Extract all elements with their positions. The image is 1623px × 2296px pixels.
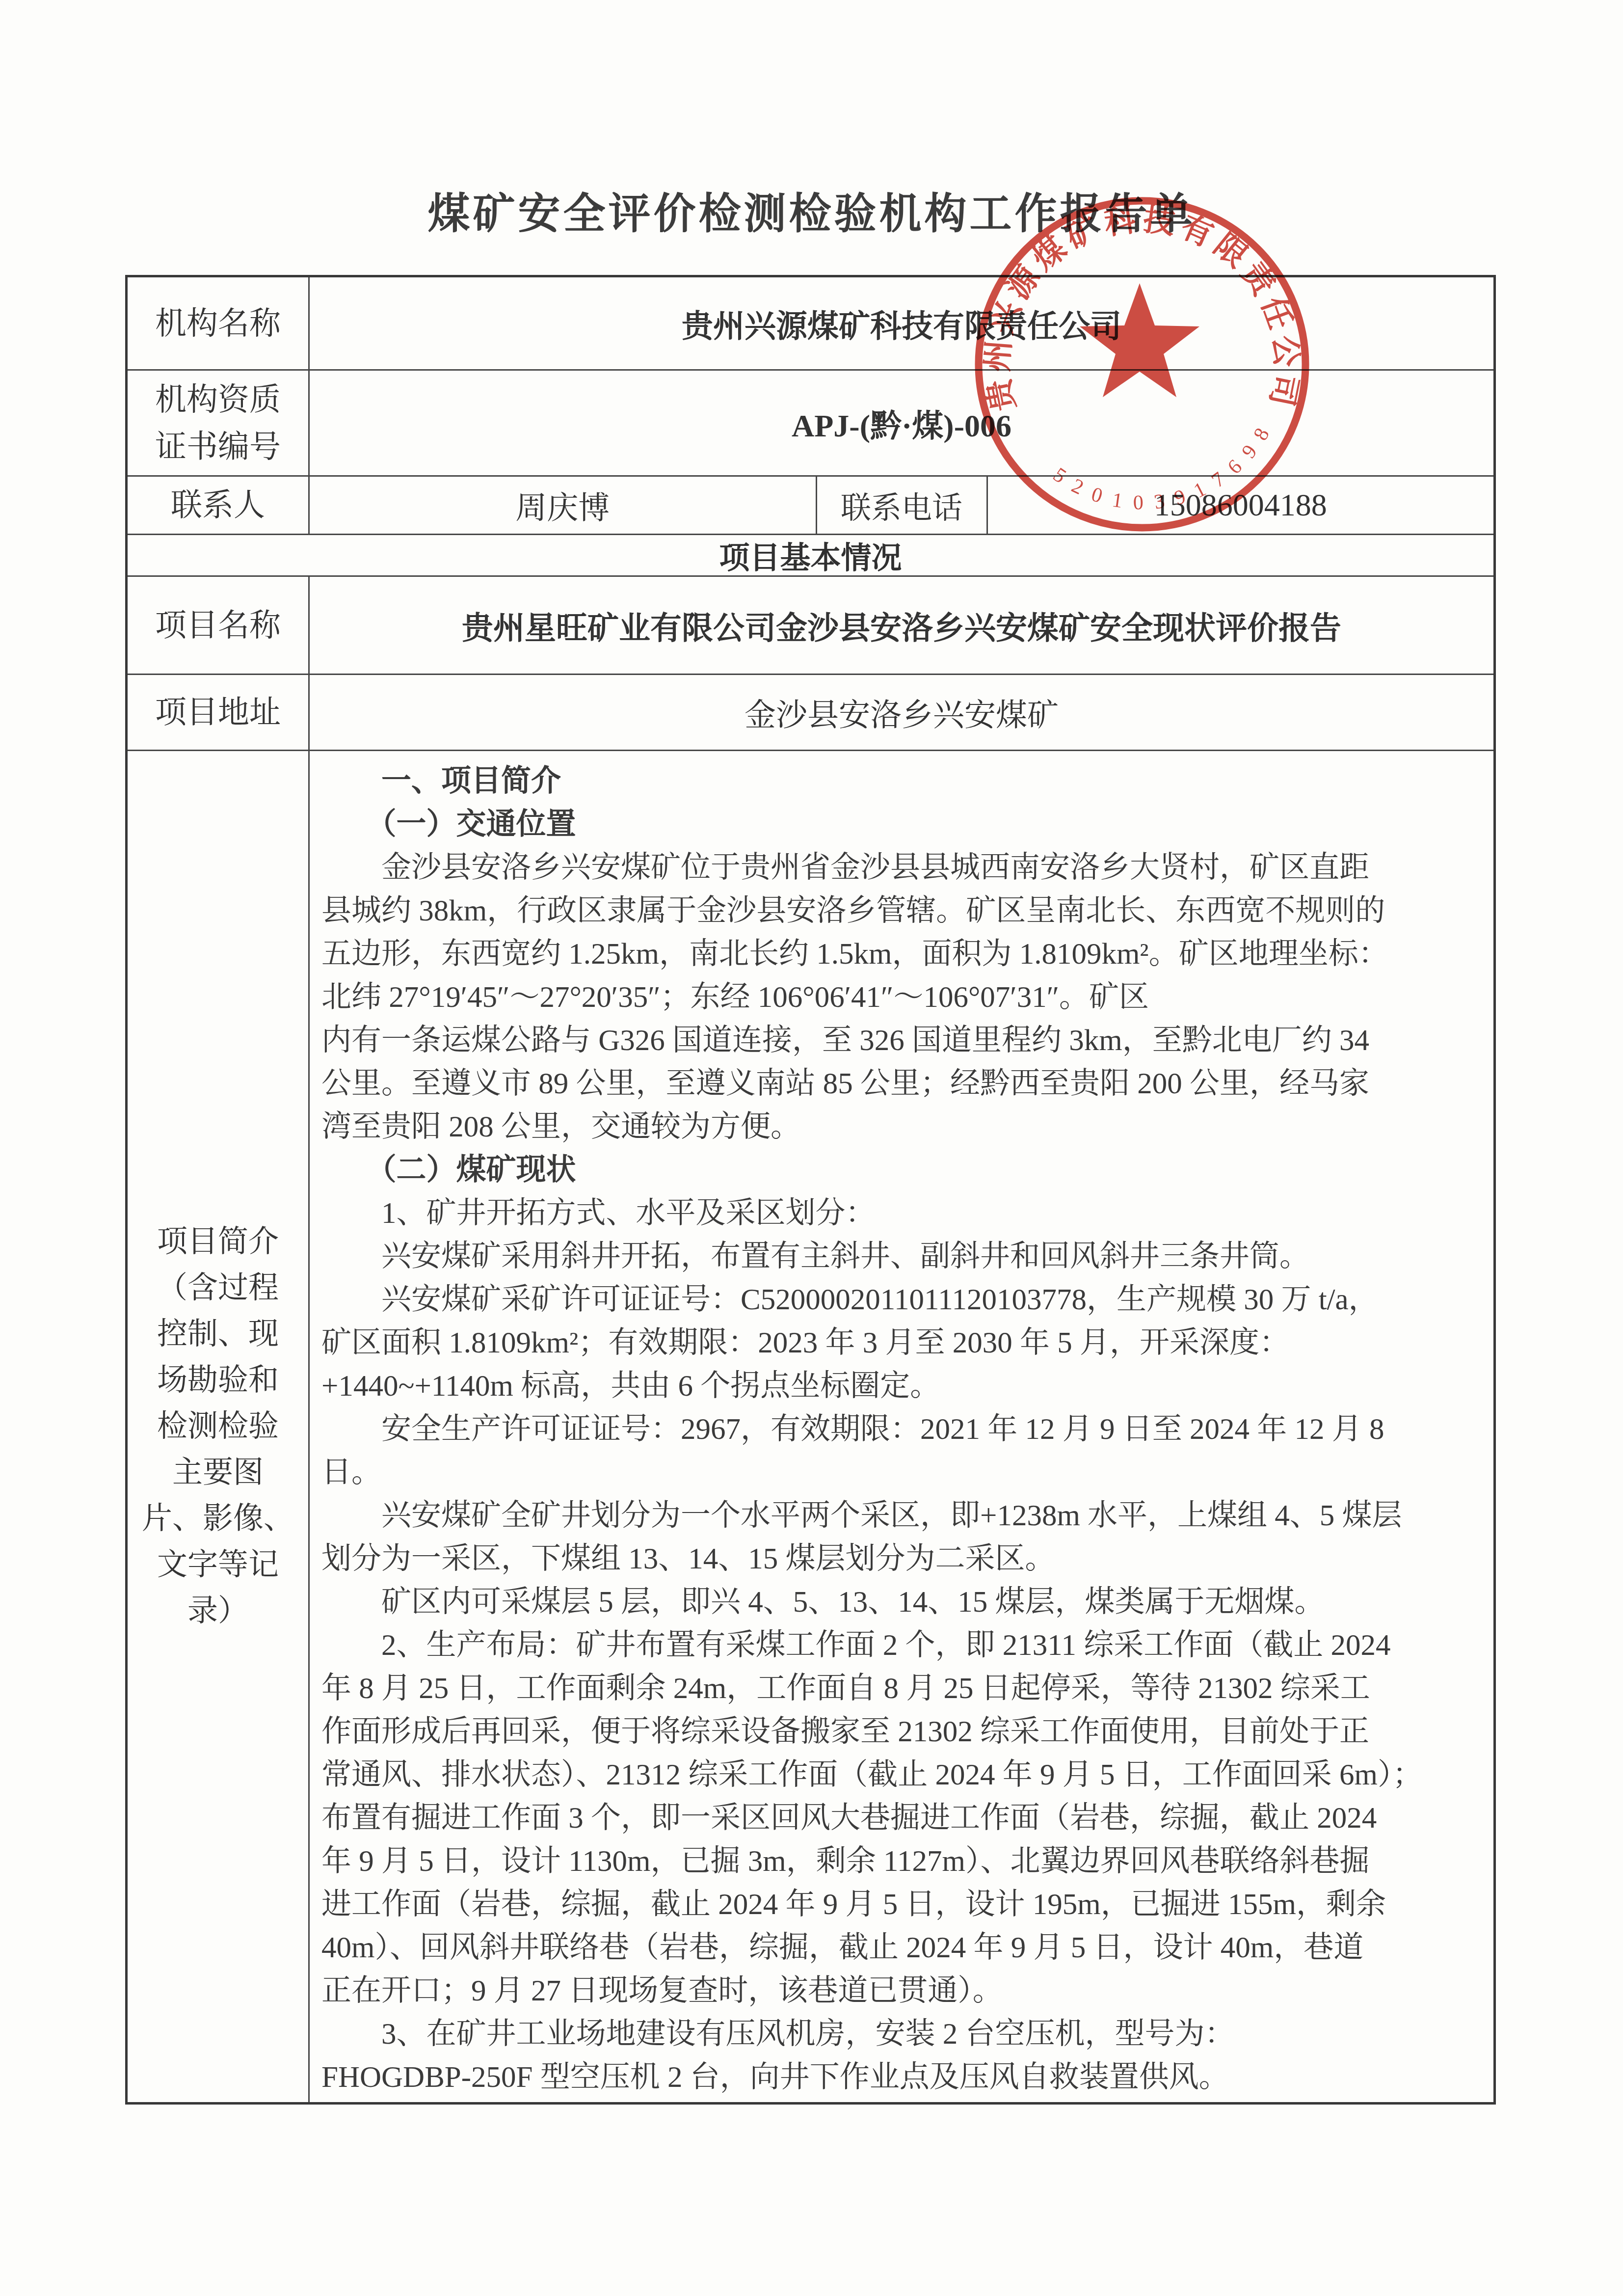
intro-line: 2、生产布局：矿井布置有采煤工作面 2 个，即 21311 综采工作面（截止 2… (321, 1624, 1488, 1667)
scanned-report-page: 煤矿安全评价检测检验机构工作报告单 机构名称 贵州兴源煤矿科技有限责任公司 机构… (0, 0, 1623, 2296)
project-name-value: 贵州星旺矿业有限公司金沙县安洛乡兴安煤矿安全现状评价报告 (310, 577, 1493, 674)
intro-line: 兴安煤矿全矿井划分为一个水平两个采区，即+1238m 水平，上煤组 4、5 煤层 (321, 1494, 1488, 1538)
cert-number-value: APJ-(黔·煤)-006 (310, 371, 1493, 475)
project-address-value: 金沙县安洛乡兴安煤矿 (310, 675, 1493, 750)
intro-line: （二）煤矿现状 (321, 1149, 1488, 1192)
intro-line: 常通风、排水状态）、21312 综采工作面（截止 2024 年 9 月 5 日，… (321, 1754, 1488, 1797)
intro-line: +1440~+1140m 标高，共由 6 个拐点坐标圈定。 (321, 1365, 1488, 1408)
intro-line: 金沙县安洛乡兴安煤矿位于贵州省金沙县县城西南安洛乡大贤村，矿区直距 (321, 846, 1488, 890)
intro-line: 正在开口；9 月 27 日现场复查时，该巷道已贯通）。 (321, 1970, 1488, 2013)
intro-line: FHOGDBP-250F 型空压机 2 台，向井下作业点及压风自救装置供风。 (321, 2056, 1488, 2099)
project-address-label: 项目地址 (128, 675, 310, 750)
intro-line: 划分为一采区，下煤组 13、14、15 煤层划分为二采区。 (321, 1538, 1488, 1581)
intro-line: 布置有掘进工作面 3 个，即一采区回风大巷掘进工作面（岩巷，综掘，截止 2024 (321, 1797, 1488, 1840)
table-row-org-name: 机构名称 贵州兴源煤矿科技有限责任公司 (128, 277, 1493, 371)
project-intro-label: 项目简介 （含过程 控制、现 场勘验和 检测检验 主要图 片、影像、 文字等记 … (128, 751, 310, 2102)
intro-line: 1、矿井开拓方式、水平及采区划分： (321, 1192, 1488, 1235)
phone-value: 15086004188 (988, 477, 1494, 534)
page-title: 煤矿安全评价检测检验机构工作报告单 (0, 180, 1623, 241)
table-row-project-name: 项目名称 贵州星旺矿业有限公司金沙县安洛乡兴安煤矿安全现状评价报告 (128, 577, 1493, 675)
intro-line: 湾至贵阳 208 公里，交通较为方便。 (321, 1106, 1488, 1149)
contact-label: 联系人 (128, 477, 310, 534)
intro-line: 安全生产许可证证号：2967，有效期限：2021 年 12 月 9 日至 202… (321, 1408, 1488, 1451)
section-header: 项目基本情况 (128, 535, 1493, 575)
intro-line: 年 8 月 25 日，工作面剩余 24m，工作面自 8 月 25 日起停采，等待… (321, 1667, 1488, 1710)
project-name-label: 项目名称 (128, 577, 310, 674)
intro-line: 一、项目简介 (321, 760, 1488, 803)
intro-line: 公里。至遵义市 89 公里，至遵义南站 85 公里；经黔西至贵阳 200 公里，… (321, 1062, 1488, 1106)
intro-line: 作面形成后再回采，便于将综采设备搬家至 21302 综采工作面使用，目前处于正 (321, 1710, 1488, 1754)
cert-number-label: 机构资质 证书编号 (128, 371, 310, 475)
intro-line: 年 9 月 5 日，设计 1130m，已掘 3m，剩余 1127m）、北翼边界回… (321, 1840, 1488, 1883)
intro-line: 五边形，东西宽约 1.25km，南北长约 1.5km，面积为 1.8109km²… (321, 933, 1488, 976)
table-row-cert-number: 机构资质 证书编号 APJ-(黔·煤)-006 (128, 371, 1493, 477)
intro-line: 县城约 38km，行政区隶属于金沙县安洛乡管辖。矿区呈南北长、东西宽不规则的 (321, 890, 1488, 933)
intro-line: 北纬 27°19′45″～27°20′35″；东经 106°06′41″～106… (321, 976, 1488, 1019)
intro-line: 矿区内可采煤层 5 层，即兴 4、5、13、14、15 煤层，煤类属于无烟煤。 (321, 1581, 1488, 1624)
table-row-contact: 联系人 周庆博 联系电话 15086004188 (128, 477, 1493, 535)
intro-line: 40m）、回风斜井联络巷（岩巷，综掘，截止 2024 年 9 月 5 日，设计 … (321, 1926, 1488, 1970)
intro-line: 内有一条运煤公路与 G326 国道连接，至 326 国道里程约 3km，至黔北电… (321, 1019, 1488, 1062)
table-row-project-intro: 项目简介 （含过程 控制、现 场勘验和 检测检验 主要图 片、影像、 文字等记 … (128, 751, 1493, 2102)
report-form-table: 机构名称 贵州兴源煤矿科技有限责任公司 机构资质 证书编号 APJ-(黔·煤)-… (125, 275, 1496, 2105)
org-name-value: 贵州兴源煤矿科技有限责任公司 (310, 277, 1493, 369)
intro-line: 进工作面（岩巷，综掘，截止 2024 年 9 月 5 日，设计 195m，已掘进… (321, 1883, 1488, 1926)
org-name-label: 机构名称 (128, 277, 310, 369)
intro-line: 矿区面积 1.8109km²；有效期限：2023 年 3 月至 2030 年 5… (321, 1322, 1488, 1365)
intro-line: （一）交通位置 (321, 803, 1488, 846)
contact-value: 周庆博 (310, 477, 817, 534)
project-intro-content: 一、项目简介 （一）交通位置 金沙县安洛乡兴安煤矿位于贵州省金沙县县城西南安洛乡… (310, 751, 1493, 2102)
phone-label: 联系电话 (817, 477, 988, 534)
intro-line: 日。 (321, 1451, 1488, 1494)
table-row-section-header: 项目基本情况 (128, 535, 1493, 577)
intro-line: 兴安煤矿采矿许可证证号：C5200002011011120103778，生产规模… (321, 1278, 1488, 1322)
table-row-project-address: 项目地址 金沙县安洛乡兴安煤矿 (128, 675, 1493, 751)
intro-line: 3、在矿井工业场地建设有压风机房，安装 2 台空压机，型号为： (321, 2013, 1488, 2056)
intro-line: 兴安煤矿采用斜井开拓，布置有主斜井、副斜井和回风斜井三条井筒。 (321, 1235, 1488, 1278)
